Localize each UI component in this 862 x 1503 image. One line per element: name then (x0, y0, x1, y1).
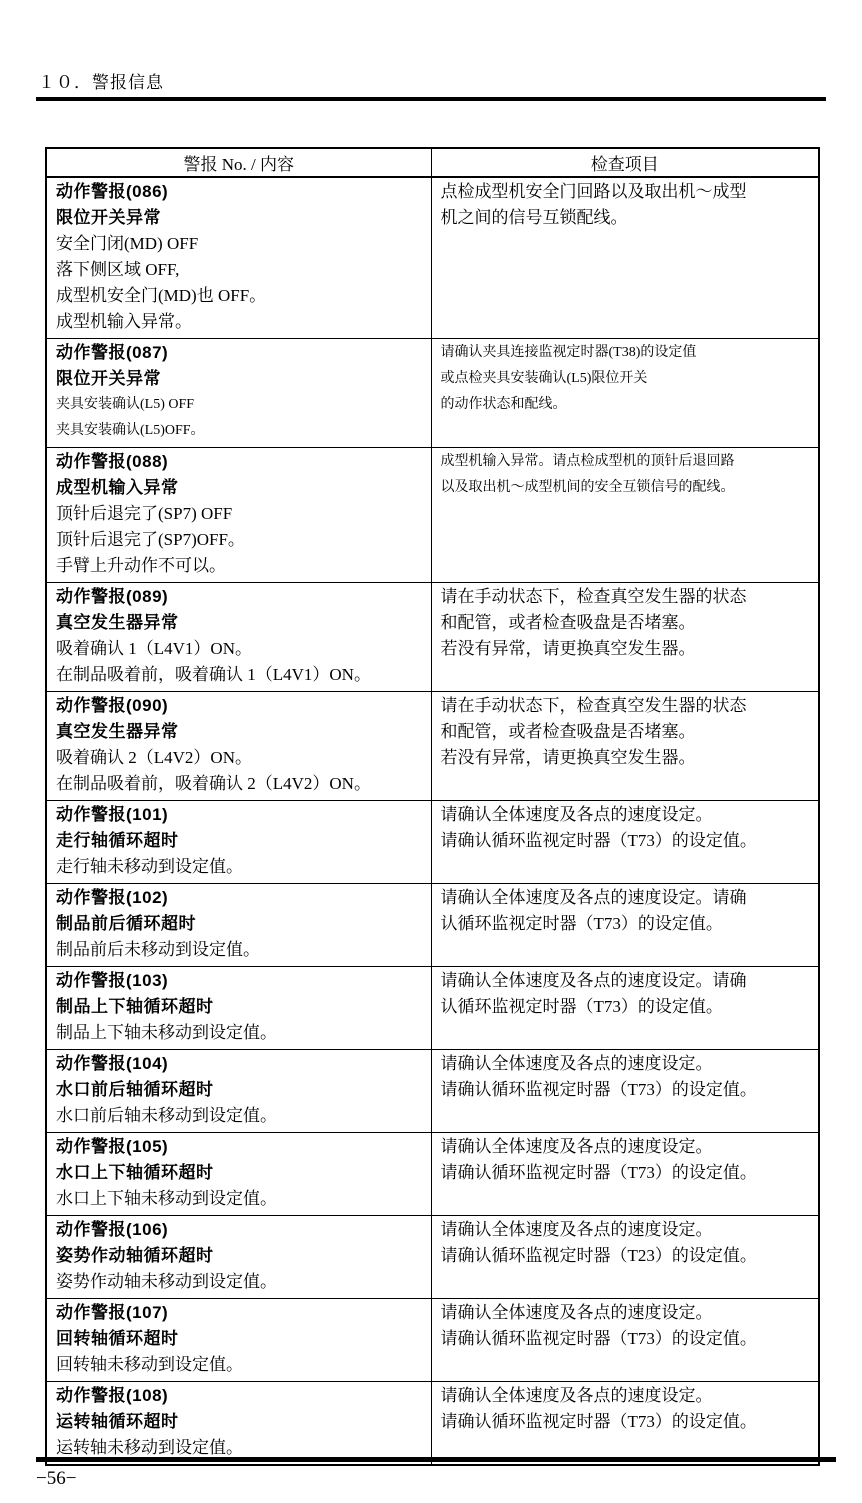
check-item-line: 认循环监视定时器（T73）的设定值。 (441, 911, 813, 937)
check-item-line: 或点检夹具安装确认(L5)限位开关 (441, 366, 813, 392)
table-row: 动作警报(105)水口上下轴循环超时水口上下轴未移动到设定值。请确认全体速度及各… (46, 1133, 819, 1216)
alarm-content-cell: 动作警报(087)限位开关异常夹具安装确认(L5) OFF夹具安装确认(L5)O… (46, 339, 431, 448)
check-item-line: 请确认全体速度及各点的速度设定。 (441, 1051, 813, 1077)
check-item-cell: 请确认全体速度及各点的速度设定。请确认循环监视定时器（T73）的设定值。 (431, 1050, 819, 1133)
alarm-detail-line: 安全门闭(MD) OFF (56, 231, 425, 257)
check-item-cell: 成型机输入异常。请点检成型机的顶针后退回路以及取出机～成型机间的安全互锁信号的配… (431, 448, 819, 583)
alarm-detail-line: 制品前后未移动到设定值。 (56, 937, 425, 963)
alarm-subtitle: 真空发生器异常 (56, 610, 425, 636)
alarm-title: 动作警报(106) (56, 1217, 425, 1243)
alarm-detail-line: 回转轴未移动到设定值。 (56, 1352, 425, 1378)
alarm-title: 动作警报(089) (56, 584, 425, 610)
check-item-line: 请确认全体速度及各点的速度设定。 (441, 1300, 813, 1326)
alarm-subtitle: 姿势作动轴循环超时 (56, 1243, 425, 1269)
check-item-line: 成型机输入异常。请点检成型机的顶针后退回路 (441, 449, 813, 475)
alarm-content-cell: 动作警报(106)姿势作动轴循环超时姿势作动轴未移动到设定值。 (46, 1216, 431, 1299)
check-item-line: 若没有异常，请更换真空发生器。 (441, 636, 813, 662)
check-item-cell: 请确认全体速度及各点的速度设定。请确认循环监视定时器（T73）的设定值。 (431, 884, 819, 967)
alarm-content-cell: 动作警报(105)水口上下轴循环超时水口上下轴未移动到设定值。 (46, 1133, 431, 1216)
section-title: １０．警报信息 (38, 68, 164, 93)
table-row: 动作警报(106)姿势作动轴循环超时姿势作动轴未移动到设定值。请确认全体速度及各… (46, 1216, 819, 1299)
table-row: 动作警报(108)运转轴循环超时运转轴未移动到设定值。请确认全体速度及各点的速度… (46, 1382, 819, 1466)
check-item-line: 请确认全体速度及各点的速度设定。请确 (441, 885, 813, 911)
check-item-line: 若没有异常，请更换真空发生器。 (441, 745, 813, 771)
alarm-detail-line: 成型机输入异常。 (56, 309, 425, 335)
alarm-detail-line: 落下侧区域 OFF, (56, 257, 425, 283)
column-header-check: 检查项目 (431, 148, 819, 177)
check-item-line: 请确认循环监视定时器（T73）的设定值。 (441, 1077, 813, 1103)
column-header-alarm: 警报 No. / 内容 (46, 148, 431, 177)
check-item-cell: 点检成型机安全门回路以及取出机～成型机之间的信号互锁配线。 (431, 177, 819, 339)
check-item-line: 点检成型机安全门回路以及取出机～成型 (441, 179, 813, 205)
alarm-subtitle: 制品前后循环超时 (56, 911, 425, 937)
table-row: 动作警报(089)真空发生器异常吸着确认 1（L4V1）ON。在制品吸着前，吸着… (46, 583, 819, 692)
alarm-detail-line: 在制品吸着前，吸着确认 2（L4V2）ON。 (56, 771, 425, 797)
table-header-row: 警报 No. / 内容 检查项目 (46, 148, 819, 177)
alarm-subtitle: 制品上下轴循环超时 (56, 994, 425, 1020)
table-row: 动作警报(090)真空发生器异常吸着确认 2（L4V2）ON。在制品吸着前，吸着… (46, 692, 819, 801)
check-item-cell: 请确认全体速度及各点的速度设定。请确认循环监视定时器（T73）的设定值。 (431, 1382, 819, 1466)
alarm-detail-line: 手臂上升动作不可以。 (56, 553, 425, 579)
check-item-line: 请确认全体速度及各点的速度设定。 (441, 1217, 813, 1243)
alarm-detail-line: 姿势作动轴未移动到设定值。 (56, 1269, 425, 1295)
alarm-title: 动作警报(105) (56, 1134, 425, 1160)
alarm-content-cell: 动作警报(102)制品前后循环超时制品前后未移动到设定值。 (46, 884, 431, 967)
alarm-detail-line: 夹具安装确认(L5)OFF。 (56, 418, 425, 444)
alarm-detail-line: 走行轴未移动到设定值。 (56, 854, 425, 880)
alarm-detail-line: 在制品吸着前，吸着确认 1（L4V1）ON。 (56, 662, 425, 688)
table-row: 动作警报(101)走行轴循环超时走行轴未移动到设定值。请确认全体速度及各点的速度… (46, 801, 819, 884)
alarm-subtitle: 运转轴循环超时 (56, 1409, 425, 1435)
table-row: 动作警报(104)水口前后轴循环超时水口前后轴未移动到设定值。请确认全体速度及各… (46, 1050, 819, 1133)
alarm-detail-line: 成型机安全门(MD)也 OFF。 (56, 283, 425, 309)
page-number: −56− (36, 1468, 76, 1490)
alarm-table: 警报 No. / 内容 检查项目 动作警报(086)限位开关异常安全门闭(MD)… (45, 147, 820, 1466)
manual-page: １０．警报信息 警报 No. / 内容 检查项目 动作警报(086)限位开关异常… (0, 0, 862, 1503)
alarm-title: 动作警报(104) (56, 1051, 425, 1077)
alarm-title: 动作警报(102) (56, 885, 425, 911)
alarm-title: 动作警报(090) (56, 693, 425, 719)
table-row: 动作警报(107)回转轴循环超时回转轴未移动到设定值。请确认全体速度及各点的速度… (46, 1299, 819, 1382)
check-item-line: 请确认全体速度及各点的速度设定。 (441, 1134, 813, 1160)
table-row: 动作警报(086)限位开关异常安全门闭(MD) OFF落下侧区域 OFF,成型机… (46, 177, 819, 339)
alarm-detail-line: 制品上下轴未移动到设定值。 (56, 1020, 425, 1046)
table-row: 动作警报(088)成型机输入异常顶针后退完了(SP7) OFF顶针后退完了(SP… (46, 448, 819, 583)
footer-divider (36, 1457, 836, 1462)
check-item-cell: 请确认全体速度及各点的速度设定。请确认循环监视定时器（T73）的设定值。 (431, 801, 819, 884)
title-divider (36, 97, 826, 101)
check-item-line: 认循环监视定时器（T73）的设定值。 (441, 994, 813, 1020)
check-item-line: 请确认全体速度及各点的速度设定。 (441, 1383, 813, 1409)
check-item-cell: 请确认夹具连接监视定时器(T38)的设定值或点检夹具安装确认(L5)限位开关的动… (431, 339, 819, 448)
alarm-content-cell: 动作警报(108)运转轴循环超时运转轴未移动到设定值。 (46, 1382, 431, 1466)
check-item-line: 的动作状态和配线。 (441, 392, 813, 418)
check-item-line: 请确认循环监视定时器（T73）的设定值。 (441, 1409, 813, 1435)
alarm-content-cell: 动作警报(086)限位开关异常安全门闭(MD) OFF落下侧区域 OFF,成型机… (46, 177, 431, 339)
table-body: 动作警报(086)限位开关异常安全门闭(MD) OFF落下侧区域 OFF,成型机… (46, 177, 819, 1465)
check-item-line: 请在手动状态下，检查真空发生器的状态 (441, 584, 813, 610)
alarm-detail-line: 水口前后轴未移动到设定值。 (56, 1103, 425, 1129)
alarm-title: 动作警报(101) (56, 802, 425, 828)
check-item-cell: 请确认全体速度及各点的速度设定。请确认循环监视定时器（T73）的设定值。 (431, 1299, 819, 1382)
alarm-subtitle: 走行轴循环超时 (56, 828, 425, 854)
check-item-line: 请在手动状态下，检查真空发生器的状态 (441, 693, 813, 719)
alarm-content-cell: 动作警报(089)真空发生器异常吸着确认 1（L4V1）ON。在制品吸着前，吸着… (46, 583, 431, 692)
alarm-title: 动作警报(088) (56, 449, 425, 475)
alarm-title: 动作警报(087) (56, 340, 425, 366)
table-row: 动作警报(087)限位开关异常夹具安装确认(L5) OFF夹具安装确认(L5)O… (46, 339, 819, 448)
check-item-cell: 请在手动状态下，检查真空发生器的状态和配管，或者检查吸盘是否堵塞。若没有异常，请… (431, 583, 819, 692)
alarm-subtitle: 限位开关异常 (56, 366, 425, 392)
alarm-detail-line: 吸着确认 2（L4V2）ON。 (56, 745, 425, 771)
alarm-detail-line: 吸着确认 1（L4V1）ON。 (56, 636, 425, 662)
table-row: 动作警报(103)制品上下轴循环超时制品上下轴未移动到设定值。请确认全体速度及各… (46, 967, 819, 1050)
alarm-subtitle: 真空发生器异常 (56, 719, 425, 745)
alarm-content-cell: 动作警报(104)水口前后轴循环超时水口前后轴未移动到设定值。 (46, 1050, 431, 1133)
check-item-line: 以及取出机～成型机间的安全互锁信号的配线。 (441, 475, 813, 501)
check-item-cell: 请确认全体速度及各点的速度设定。请确认循环监视定时器（T73）的设定值。 (431, 1133, 819, 1216)
alarm-subtitle: 水口前后轴循环超时 (56, 1077, 425, 1103)
alarm-content-cell: 动作警报(107)回转轴循环超时回转轴未移动到设定值。 (46, 1299, 431, 1382)
check-item-cell: 请确认全体速度及各点的速度设定。请确认循环监视定时器（T73）的设定值。 (431, 967, 819, 1050)
alarm-title: 动作警报(108) (56, 1383, 425, 1409)
alarm-content-cell: 动作警报(103)制品上下轴循环超时制品上下轴未移动到设定值。 (46, 967, 431, 1050)
alarm-content-cell: 动作警报(088)成型机输入异常顶针后退完了(SP7) OFF顶针后退完了(SP… (46, 448, 431, 583)
alarm-content-cell: 动作警报(101)走行轴循环超时走行轴未移动到设定值。 (46, 801, 431, 884)
check-item-line: 请确认全体速度及各点的速度设定。 (441, 802, 813, 828)
alarm-detail-line: 顶针后退完了(SP7) OFF (56, 501, 425, 527)
check-item-line: 和配管，或者检查吸盘是否堵塞。 (441, 719, 813, 745)
alarm-content-cell: 动作警报(090)真空发生器异常吸着确认 2（L4V2）ON。在制品吸着前，吸着… (46, 692, 431, 801)
alarm-title: 动作警报(086) (56, 179, 425, 205)
check-item-line: 请确认循环监视定时器（T73）的设定值。 (441, 1326, 813, 1352)
check-item-line: 请确认夹具连接监视定时器(T38)的设定值 (441, 340, 813, 366)
check-item-line: 机之间的信号互锁配线。 (441, 205, 813, 231)
alarm-detail-line: 水口上下轴未移动到设定值。 (56, 1186, 425, 1212)
table-row: 动作警报(102)制品前后循环超时制品前后未移动到设定值。请确认全体速度及各点的… (46, 884, 819, 967)
alarm-detail-line: 夹具安装确认(L5) OFF (56, 392, 425, 418)
alarm-title: 动作警报(107) (56, 1300, 425, 1326)
alarm-title: 动作警报(103) (56, 968, 425, 994)
check-item-line: 请确认循环监视定时器（T73）的设定值。 (441, 1160, 813, 1186)
check-item-line: 请确认全体速度及各点的速度设定。请确 (441, 968, 813, 994)
check-item-cell: 请在手动状态下，检查真空发生器的状态和配管，或者检查吸盘是否堵塞。若没有异常，请… (431, 692, 819, 801)
check-item-cell: 请确认全体速度及各点的速度设定。请确认循环监视定时器（T23）的设定值。 (431, 1216, 819, 1299)
alarm-subtitle: 回转轴循环超时 (56, 1326, 425, 1352)
check-item-line: 请确认循环监视定时器（T73）的设定值。 (441, 828, 813, 854)
check-item-line: 请确认循环监视定时器（T23）的设定值。 (441, 1243, 813, 1269)
check-item-line: 和配管，或者检查吸盘是否堵塞。 (441, 610, 813, 636)
alarm-subtitle: 成型机输入异常 (56, 475, 425, 501)
alarm-subtitle: 水口上下轴循环超时 (56, 1160, 425, 1186)
alarm-detail-line: 顶针后退完了(SP7)OFF。 (56, 527, 425, 553)
alarm-subtitle: 限位开关异常 (56, 205, 425, 231)
